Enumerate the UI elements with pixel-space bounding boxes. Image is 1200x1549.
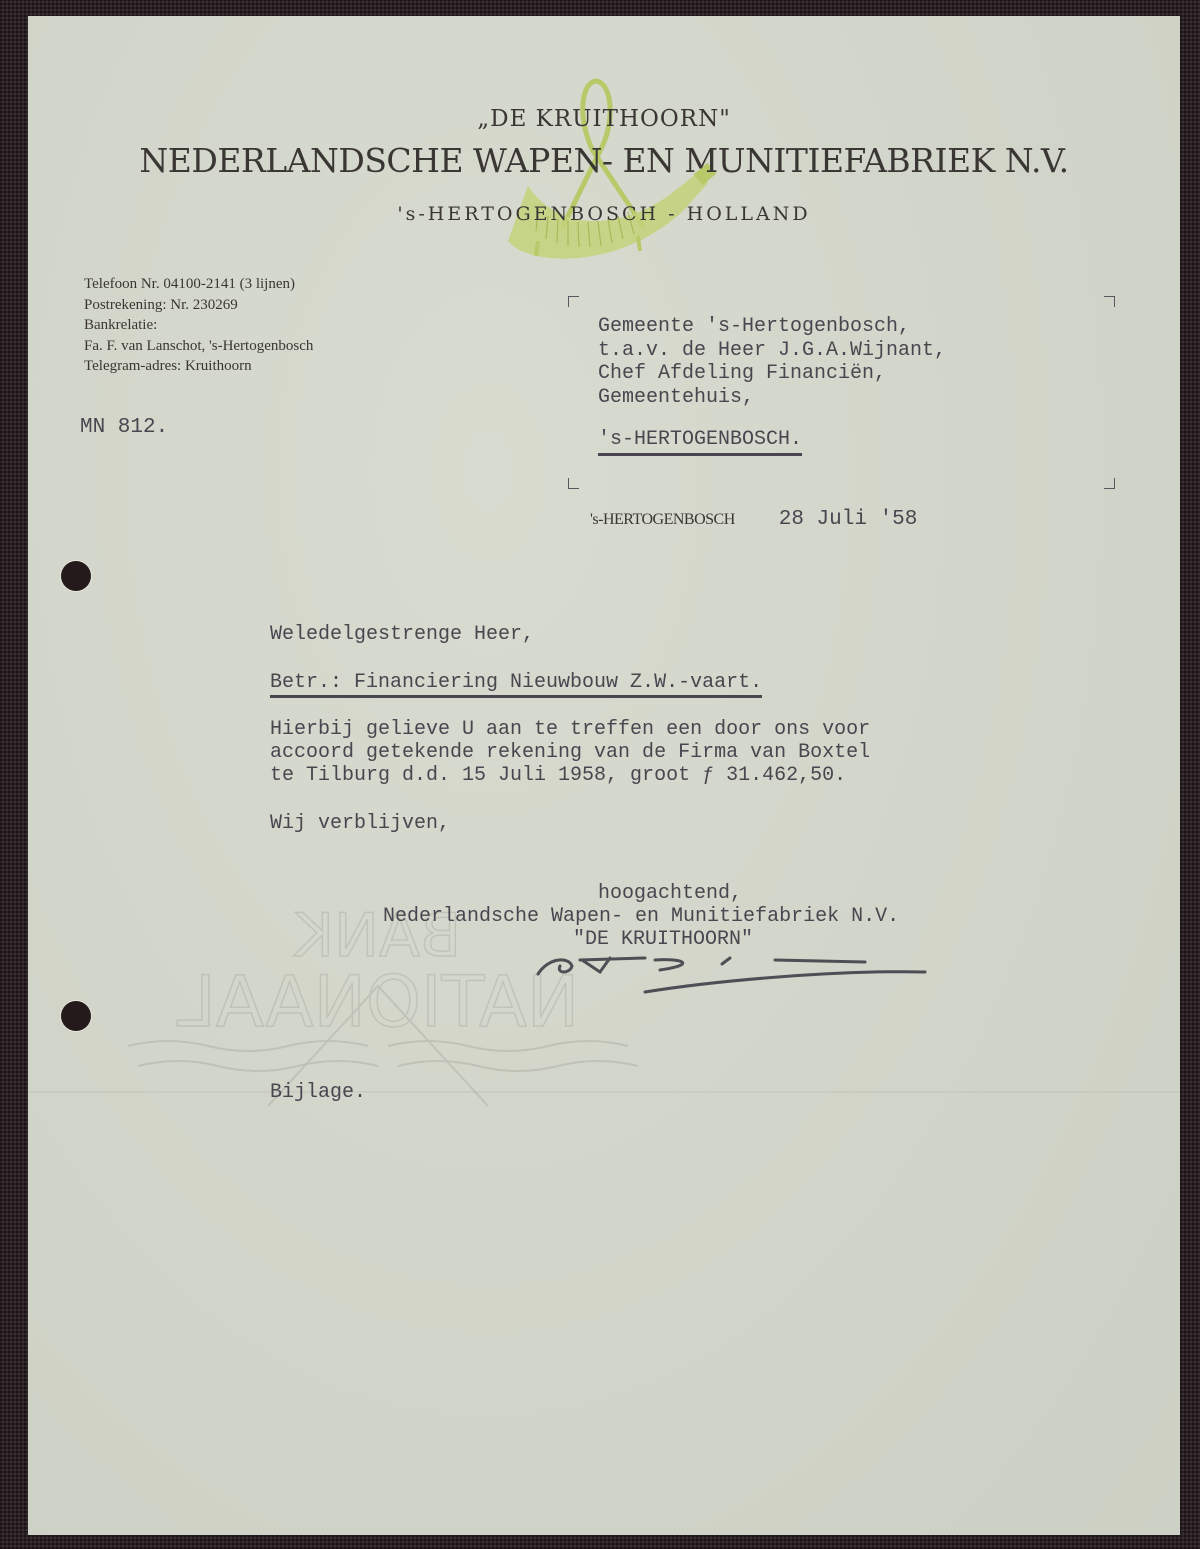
dateline-date: 28 Juli '58 bbox=[779, 508, 918, 531]
contact-bank-label: Bankrelatie: bbox=[84, 315, 313, 336]
letter-body: Hierbij gelieve U aan te treffen een doo… bbox=[270, 718, 870, 787]
letter-paper: „DE KRUITHOORN" NEDERLANDSCHE WAPEN- EN … bbox=[28, 16, 1180, 1535]
address-corner-mark bbox=[1104, 478, 1115, 489]
recipient-line: Gemeente 's-Hertogenbosch, bbox=[598, 315, 946, 339]
recipient-line: Gemeentehuis, bbox=[598, 386, 946, 410]
address-corner-mark bbox=[568, 296, 579, 307]
bank-watermark-emboss: BANK NATIONAAL bbox=[108, 896, 648, 1116]
recipient-line: Chef Afdeling Financiën, bbox=[598, 362, 946, 386]
punch-hole bbox=[61, 561, 91, 591]
body-line: accoord getekende rekening van de Firma … bbox=[270, 741, 870, 764]
address-corner-mark bbox=[1104, 296, 1115, 307]
salutation: Weledelgestrenge Heer, bbox=[270, 623, 534, 646]
regards: hoogachtend, bbox=[598, 882, 742, 905]
contact-info: Telefoon Nr. 04100-2141 (3 lijnen) Postr… bbox=[84, 274, 313, 377]
contact-postal-account: Postrekening: Nr. 230269 bbox=[84, 295, 313, 316]
recipient-city: 's-HERTOGENBOSCH. bbox=[598, 428, 802, 456]
letterhead-company: NEDERLANDSCHE WAPEN- EN MUNITIEFABRIEK N… bbox=[28, 141, 1180, 180]
body-line: Hierbij gelieve U aan te treffen een doo… bbox=[270, 718, 870, 741]
handwritten-signature bbox=[520, 936, 940, 1006]
contact-telegram: Telegram-adres: Kruithoorn bbox=[84, 356, 313, 377]
contact-bank: Fa. F. van Lanschot, 's-Hertogenbosch bbox=[84, 336, 313, 357]
dateline-place: 's-HERTOGENBOSCH bbox=[590, 511, 735, 528]
closing: Wij verblijven, bbox=[270, 812, 450, 835]
body-line: te Tilburg d.d. 15 Juli 1958, groot ƒ 31… bbox=[270, 764, 870, 787]
dateline: 's-HERTOGENBOSCH 28 Juli '58 bbox=[590, 508, 917, 531]
recipient-line: t.a.v. de Heer J.G.A.Wijnant, bbox=[598, 339, 946, 363]
paper-fold bbox=[28, 1091, 1180, 1093]
subject-line: Betr.: Financiering Nieuwbouw Z.W.-vaart… bbox=[270, 671, 762, 698]
address-corner-mark bbox=[568, 478, 579, 489]
letterhead-subtitle: „DE KRUITHOORN" bbox=[28, 106, 1180, 132]
contact-phone: Telefoon Nr. 04100-2141 (3 lijnen) bbox=[84, 274, 313, 295]
svg-text:NATIONAAL: NATIONAAL bbox=[177, 961, 579, 1043]
signatory-company: Nederlandsche Wapen- en Munitiefabriek N… bbox=[383, 905, 899, 928]
reference-number: MN 812. bbox=[80, 416, 168, 439]
letterhead-city: 's-HERTOGENBOSCH - HOLLAND bbox=[28, 203, 1180, 225]
recipient-address: Gemeente 's-Hertogenbosch, t.a.v. de Hee… bbox=[598, 315, 946, 456]
punch-hole bbox=[61, 1001, 91, 1031]
